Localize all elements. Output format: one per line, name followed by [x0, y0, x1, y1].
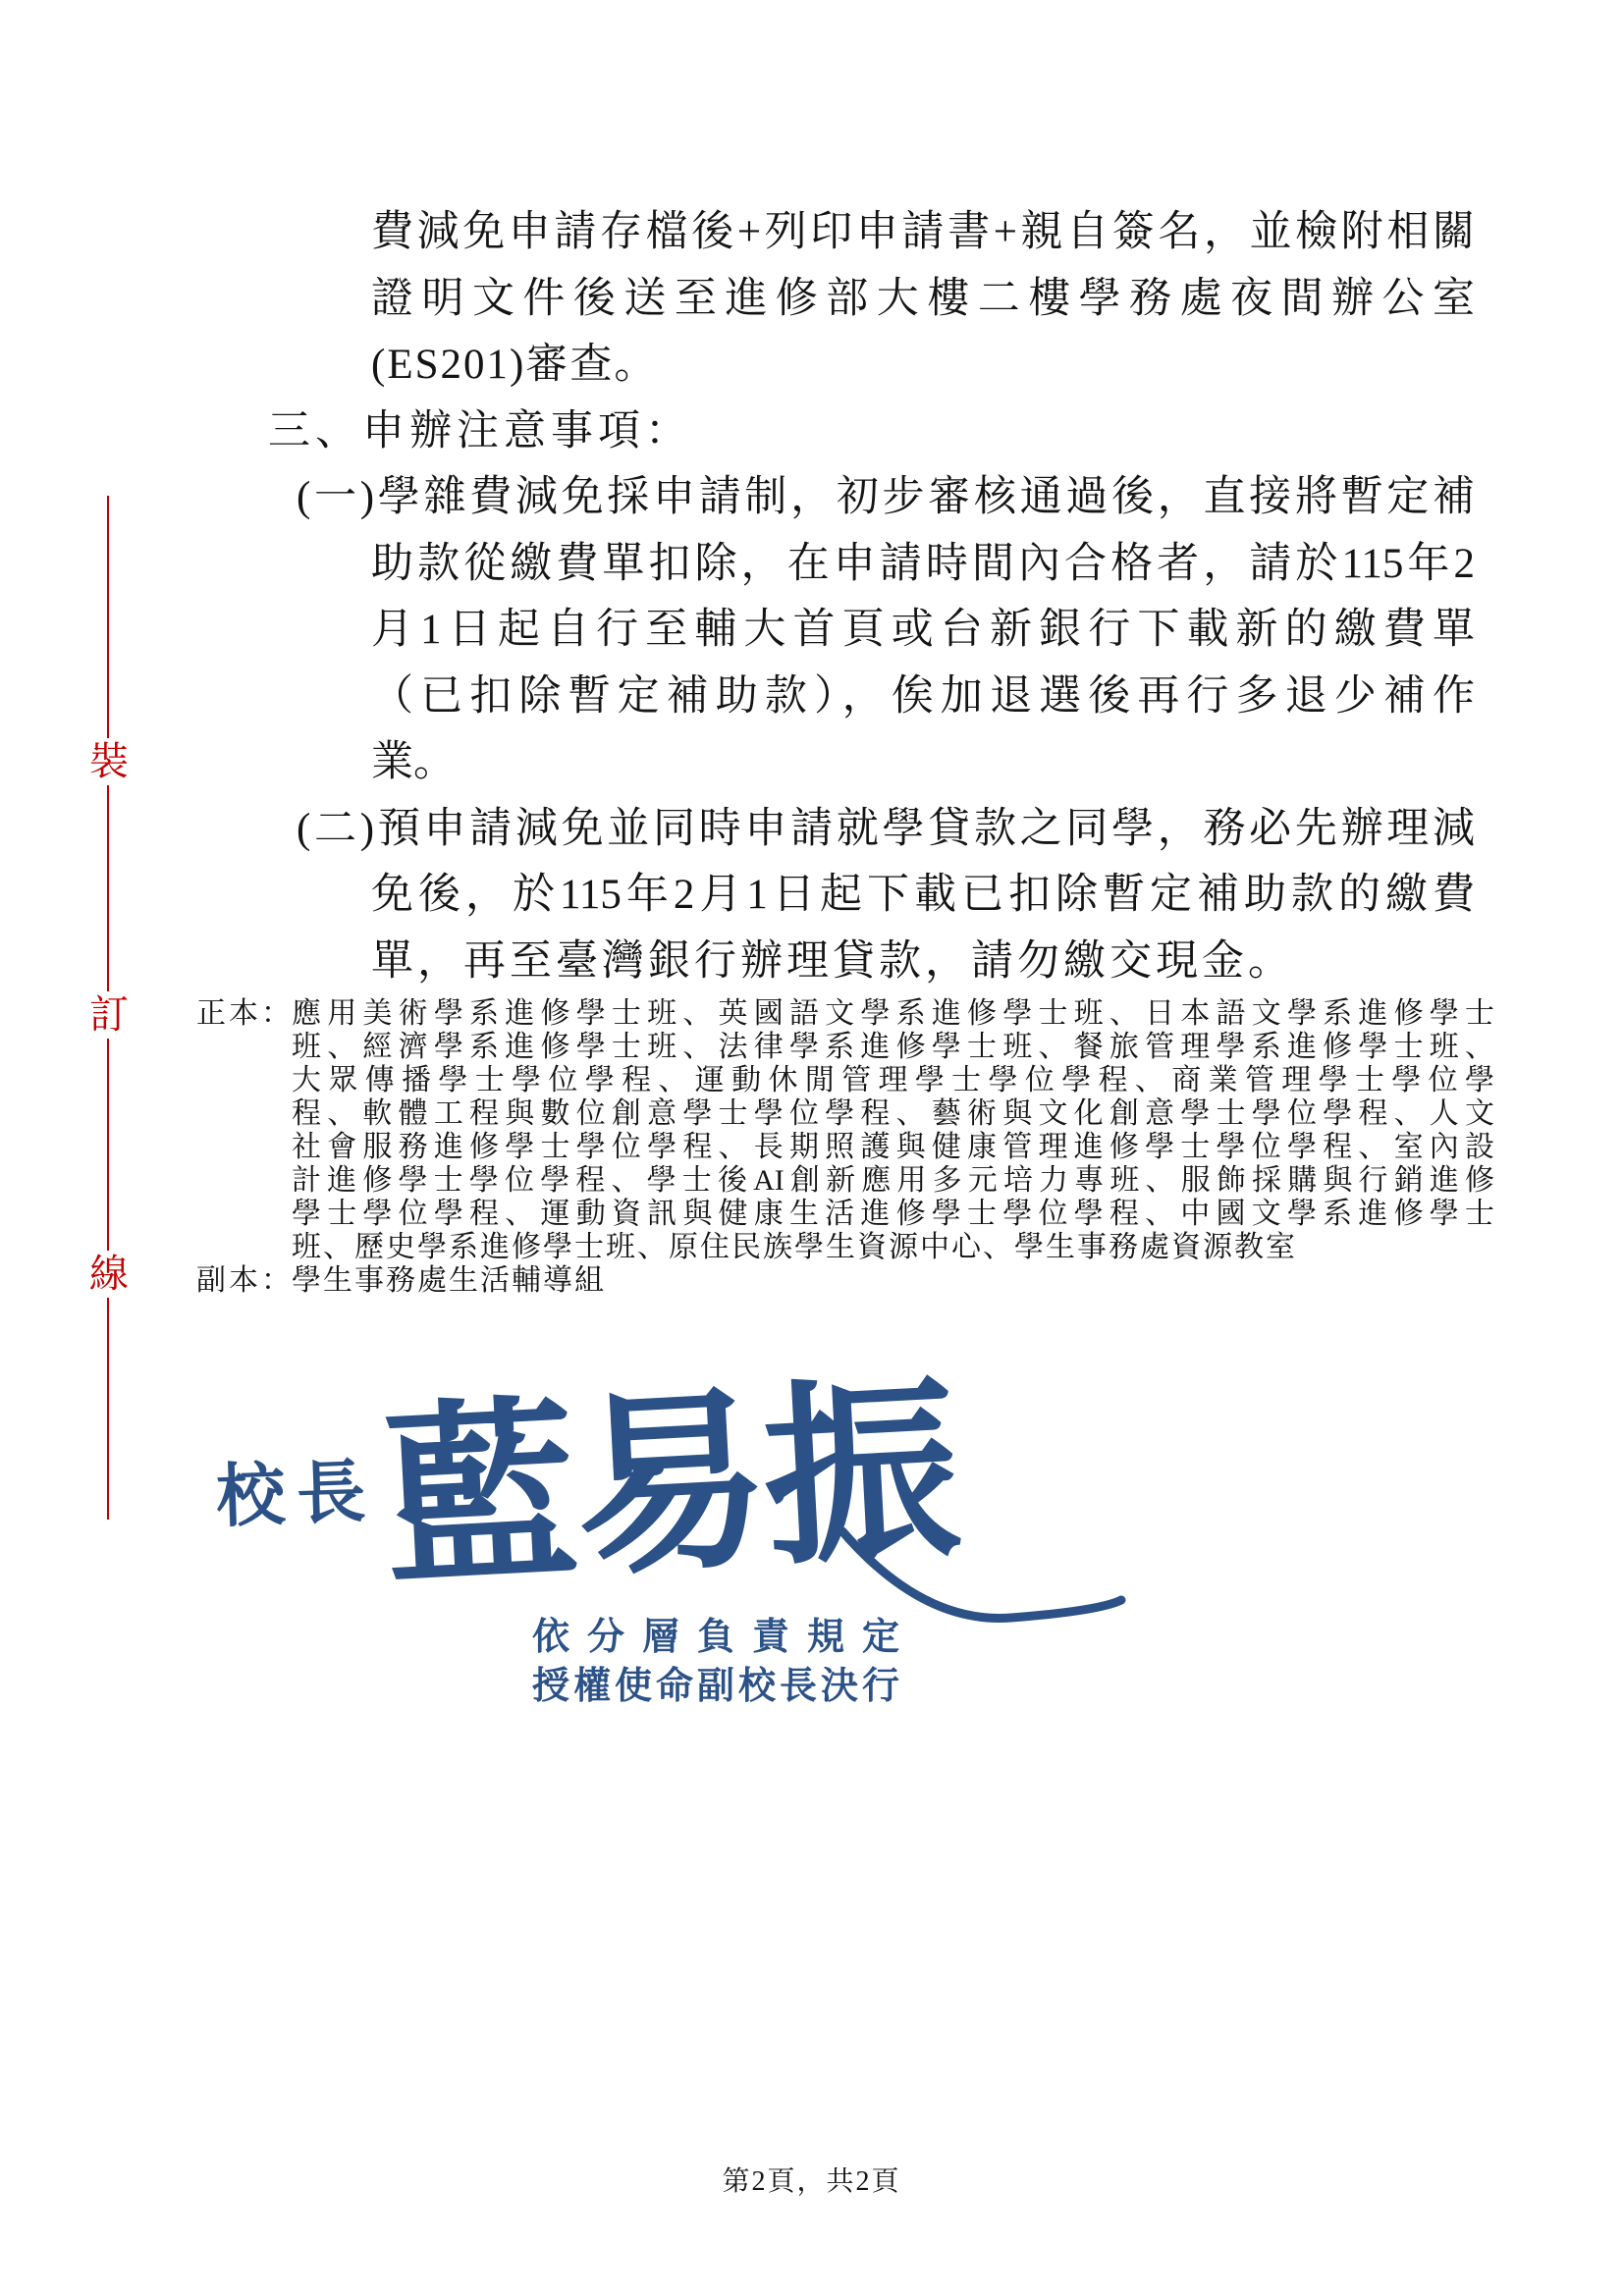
- distribution-line: 班、歷史學系進修學士班、原住民族學生資源中心、學生事務處資源教室: [292, 1231, 1494, 1264]
- body-line: (ES201)審查。: [371, 332, 1475, 399]
- delegation-stamp-line2: 授權使命副校長決行: [532, 1655, 903, 1709]
- body-line: 證明文件後送至進修部大樓二樓學務處夜間辦公室: [371, 266, 1475, 333]
- distribution-line: 計進修學士學位學程、學士後AI創新應用多元培力專班、服飾採購與行銷進修: [292, 1164, 1494, 1198]
- body-line: 業。: [371, 729, 1475, 796]
- copy-recipient-line: 學生事務處生活輔導組: [292, 1264, 1494, 1298]
- distribution-line: 班、經濟學系進修學士班、法律學系進修學士班、餐旅管理學系進修學士班、: [292, 1031, 1494, 1064]
- body-line: 免後，於115年2月1日起下載已扣除暫定補助款的繳費: [371, 862, 1475, 929]
- item1-label: (一): [297, 474, 374, 520]
- distribution-line: 社會服務進修學士學位學程、長期照護與健康管理進修學士學位學程、室內設: [292, 1131, 1494, 1164]
- item1-text: 學雜費減免採申請制，初步審核通過後，直接將暫定補: [374, 474, 1475, 520]
- signature-tail-stroke: [835, 1502, 1129, 1639]
- scanned-document-page: 裝 訂 線 費減免申請存檔後+列印申請書+親自簽名，並檢附相關 證明文件後送至進…: [0, 0, 1623, 2296]
- body-line: 月1日起自行至輔大首頁或台新銀行下載新的繳費單: [371, 597, 1475, 664]
- body-line: 單，再至臺灣銀行辦理貸款，請勿繳交現金。: [371, 929, 1475, 995]
- distribution-line: 學士學位學程、運動資訊與健康生活進修學士學位學程、中國文學系進修學士: [292, 1198, 1494, 1231]
- body-line: (二)預申請減免並同時申請就學貸款之同學，務必先辦理減: [297, 796, 1475, 863]
- item2-label: (二): [297, 806, 374, 852]
- duplicate-copy-label: 副本：: [196, 1264, 294, 1298]
- distribution-line: 程、軟體工程與數位創意學士學位學程、藝術與文化創意學士學位學程、人文: [292, 1097, 1494, 1131]
- item2-text: 預申請減免並同時申請就學貸款之同學，務必先辦理減: [374, 806, 1475, 852]
- body-line: (一)學雜費減免採申請制，初步審核通過後，直接將暫定補: [297, 464, 1475, 531]
- president-title: 校長: [214, 1436, 378, 1541]
- page-number-footer: 第2頁，共2頁: [0, 2160, 1623, 2199]
- section-heading: 三、申辦注意事項：: [268, 399, 1623, 465]
- body-line: 助款從繳費單扣除，在申請時間內合格者，請於115年2: [371, 531, 1475, 598]
- binding-char-ding: 訂: [86, 991, 132, 1039]
- original-copy-label: 正本：: [196, 997, 294, 1031]
- distribution-line: 應用美術學系進修學士班、英國語文學系進修學士班、日本語文學系進修學士: [292, 997, 1494, 1031]
- distribution-block: 正本： 副本： 應用美術學系進修學士班、英國語文學系進修學士班、日本語文學系進修…: [0, 997, 1623, 1298]
- body-line: （已扣除暫定補助款），俟加退選後再行多退少補作: [371, 664, 1475, 730]
- binding-char-xian: 線: [86, 1251, 132, 1298]
- document-body: 費減免申請存檔後+列印申請書+親自簽名，並檢附相關 證明文件後送至進修部大樓二樓…: [0, 199, 1623, 994]
- binding-char-zhuang: 裝: [86, 738, 132, 785]
- distribution-line: 大眾傳播學士學位學程、運動休閒管理學士學位學程、商業管理學士學位學: [292, 1064, 1494, 1097]
- body-line: 費減免申請存檔後+列印申請書+親自簽名，並檢附相關: [371, 199, 1475, 266]
